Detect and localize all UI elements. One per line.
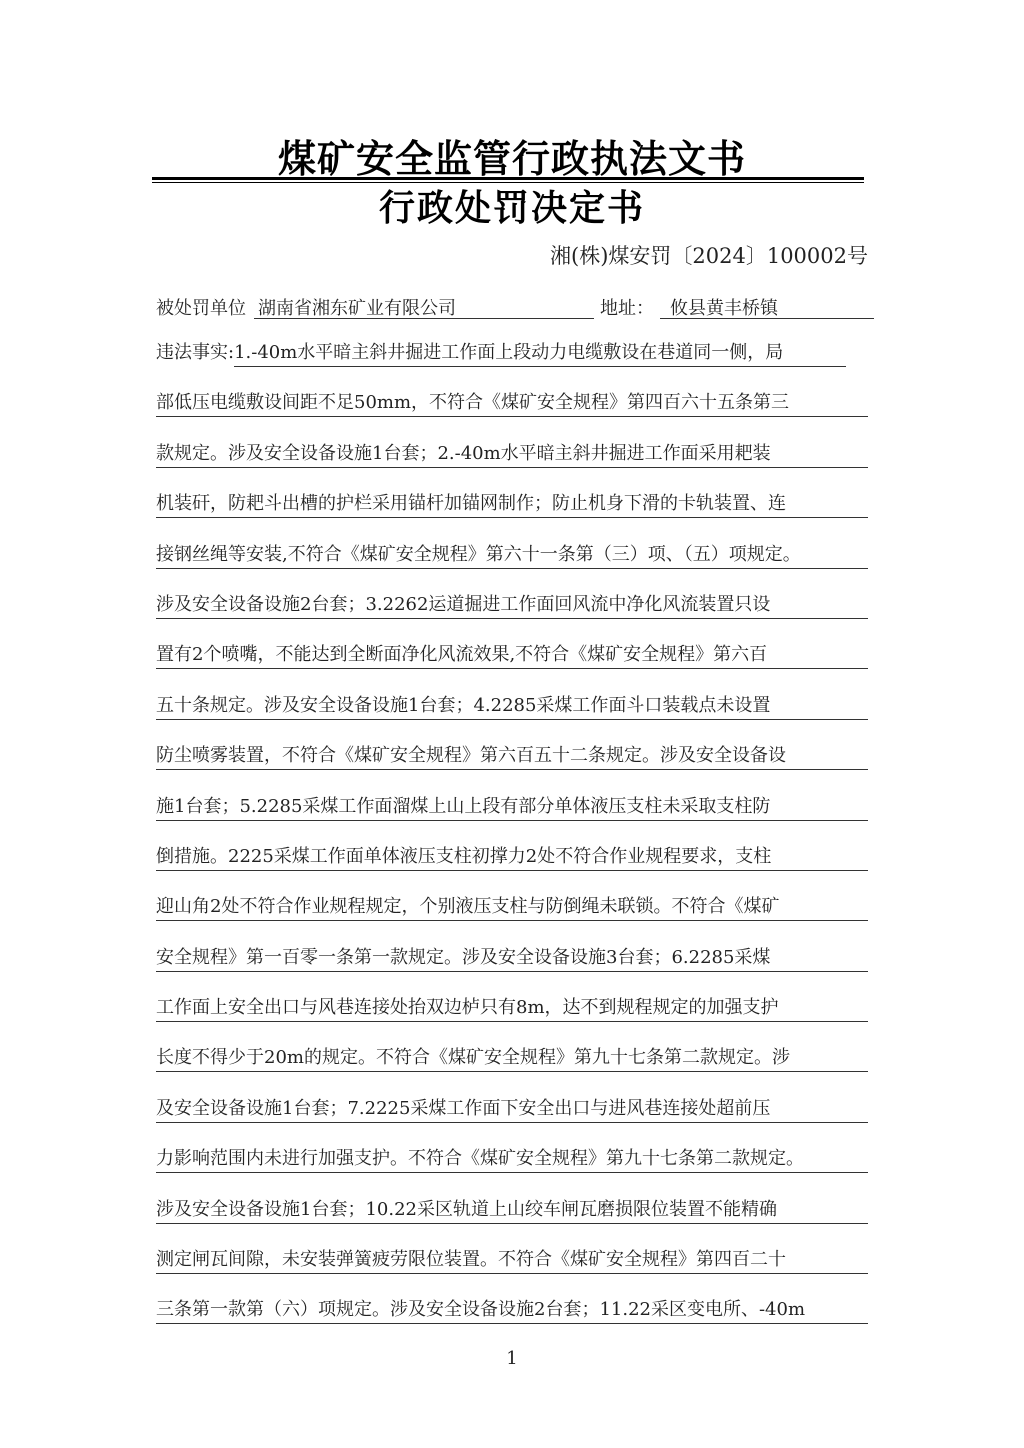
facts-text: 部低压电缆敷设间距不足50mm，不符合《煤矿安全规程》第四百六十五条第三: [156, 390, 868, 417]
facts-text: 置有2个喷嘴，不能达到全断面净化风流效果,不符合《煤矿安全规程》第六百: [156, 642, 868, 669]
facts-text: 涉及安全设备设施2台套；3.2262运道掘进工作面回风流中净化风流装置只设: [156, 592, 868, 619]
facts-line: 及安全设备设施1台套；7.2225采煤工作面下安全出口与进风巷连接处超前压: [156, 1094, 868, 1144]
facts-line: 置有2个喷嘴，不能达到全断面净化风流效果,不符合《煤矿安全规程》第六百: [156, 640, 868, 690]
facts-label: 违法事实:: [156, 342, 234, 363]
facts-line: 款规定。涉及安全设备设施1台套；2.-40m水平暗主斜井掘进工作面采用耙装: [156, 439, 868, 489]
facts-line: 违法事实:1.-40m水平暗主斜井掘进工作面上段动力电缆敷设在巷道同一侧，局: [156, 338, 868, 388]
facts-line: 机装矸，防耙斗出槽的护栏采用锚杆加锚网制作；防止机身下滑的卡轨装置、连: [156, 489, 868, 539]
violation-facts: 违法事实:1.-40m水平暗主斜井掘进工作面上段动力电缆敷设在巷道同一侧，局 部…: [156, 338, 868, 1346]
document-number: 湘(株)煤安罚〔2024〕100002号: [550, 240, 868, 270]
facts-line: 三条第一款第（六）项规定。涉及安全设备设施2台套；11.22采区变电所、-40m: [156, 1295, 868, 1345]
facts-text: 施1台套；5.2285采煤工作面溜煤上山上段有部分单体液压支柱未采取支柱防: [156, 794, 868, 821]
facts-text: 款规定。涉及安全设备设施1台套；2.-40m水平暗主斜井掘进工作面采用耙装: [156, 441, 868, 468]
document-subtitle: 行政处罚决定书: [0, 180, 1024, 231]
facts-line: 涉及安全设备设施1台套；10.22采区轨道上山绞车闸瓦磨损限位装置不能精确: [156, 1195, 868, 1245]
facts-text: 涉及安全设备设施1台套；10.22采区轨道上山绞车闸瓦磨损限位装置不能精确: [156, 1197, 868, 1224]
facts-text: 防尘喷雾装置，不符合《煤矿安全规程》第六百五十二条规定。涉及安全设备设: [156, 743, 868, 770]
penalized-party-label: 被处罚单位: [156, 294, 246, 320]
address-label: 地址：: [600, 294, 654, 320]
facts-text: 工作面上安全出口与风巷连接处抬双边栌只有8m，达不到规程规定的加强支护: [156, 995, 868, 1022]
penalized-party-name: 湖南省湘东矿业有限公司: [254, 294, 594, 319]
facts-line: 安全规程》第一百零一条第一款规定。涉及安全设备设施3台套；6.2285采煤: [156, 943, 868, 993]
page-number: 1: [0, 1348, 1024, 1369]
facts-text: 安全规程》第一百零一条第一款规定。涉及安全设备设施3台套；6.2285采煤: [156, 945, 868, 972]
address-value: 攸县黄丰桥镇: [660, 294, 874, 319]
facts-text: 三条第一款第（六）项规定。涉及安全设备设施2台套；11.22采区变电所、-40m: [156, 1297, 868, 1324]
document-title: 煤矿安全监管行政执法文书: [0, 128, 1024, 183]
facts-text: 及安全设备设施1台套；7.2225采煤工作面下安全出口与进风巷连接处超前压: [156, 1096, 868, 1123]
facts-line: 力影响范围内未进行加强支护。不符合《煤矿安全规程》第九十七条第二款规定。: [156, 1144, 868, 1194]
facts-line: 倒措施。2225采煤工作面单体液压支柱初撑力2处不符合作业规程要求，支柱: [156, 842, 868, 892]
facts-text: 长度不得少于20m的规定。不符合《煤矿安全规程》第九十七条第二款规定。涉: [156, 1045, 868, 1072]
facts-line: 部低压电缆敷设间距不足50mm，不符合《煤矿安全规程》第四百六十五条第三: [156, 388, 868, 438]
facts-text: 机装矸，防耙斗出槽的护栏采用锚杆加锚网制作；防止机身下滑的卡轨装置、连: [156, 491, 868, 518]
facts-text: 五十条规定。涉及安全设备设施1台套；4.2285采煤工作面斗口装载点未设置: [156, 693, 868, 720]
facts-line: 防尘喷雾装置，不符合《煤矿安全规程》第六百五十二条规定。涉及安全设备设: [156, 741, 868, 791]
facts-text: 力影响范围内未进行加强支护。不符合《煤矿安全规程》第九十七条第二款规定。: [156, 1146, 868, 1173]
facts-text: 迎山角2处不符合作业规程规定，个别液压支柱与防倒绳未联锁。不符合《煤矿: [156, 894, 868, 921]
facts-text: 1.-40m水平暗主斜井掘进工作面上段动力电缆敷设在巷道同一侧，局: [234, 340, 846, 367]
facts-line: 长度不得少于20m的规定。不符合《煤矿安全规程》第九十七条第二款规定。涉: [156, 1043, 868, 1093]
facts-line: 迎山角2处不符合作业规程规定，个别液压支柱与防倒绳未联锁。不符合《煤矿: [156, 892, 868, 942]
facts-line: 接钢丝绳等安装,不符合《煤矿安全规程》第六十一条第（三）项、（五）项规定。: [156, 540, 868, 590]
facts-text: 测定闸瓦间隙，未安装弹簧疲劳限位装置。不符合《煤矿安全规程》第四百二十: [156, 1247, 868, 1274]
facts-line: 工作面上安全出口与风巷连接处抬双边栌只有8m，达不到规程规定的加强支护: [156, 993, 868, 1043]
facts-text: 接钢丝绳等安装,不符合《煤矿安全规程》第六十一条第（三）项、（五）项规定。: [156, 542, 868, 569]
facts-line: 测定闸瓦间隙，未安装弹簧疲劳限位装置。不符合《煤矿安全规程》第四百二十: [156, 1245, 868, 1295]
facts-line: 施1台套；5.2285采煤工作面溜煤上山上段有部分单体液压支柱未采取支柱防: [156, 792, 868, 842]
facts-line: 五十条规定。涉及安全设备设施1台套；4.2285采煤工作面斗口装载点未设置: [156, 691, 868, 741]
penalized-party-row: 被处罚单位 湖南省湘东矿业有限公司 地址： 攸县黄丰桥镇: [156, 294, 868, 320]
facts-text: 倒措施。2225采煤工作面单体液压支柱初撑力2处不符合作业规程要求，支柱: [156, 844, 868, 871]
facts-line: 涉及安全设备设施2台套；3.2262运道掘进工作面回风流中净化风流装置只设: [156, 590, 868, 640]
